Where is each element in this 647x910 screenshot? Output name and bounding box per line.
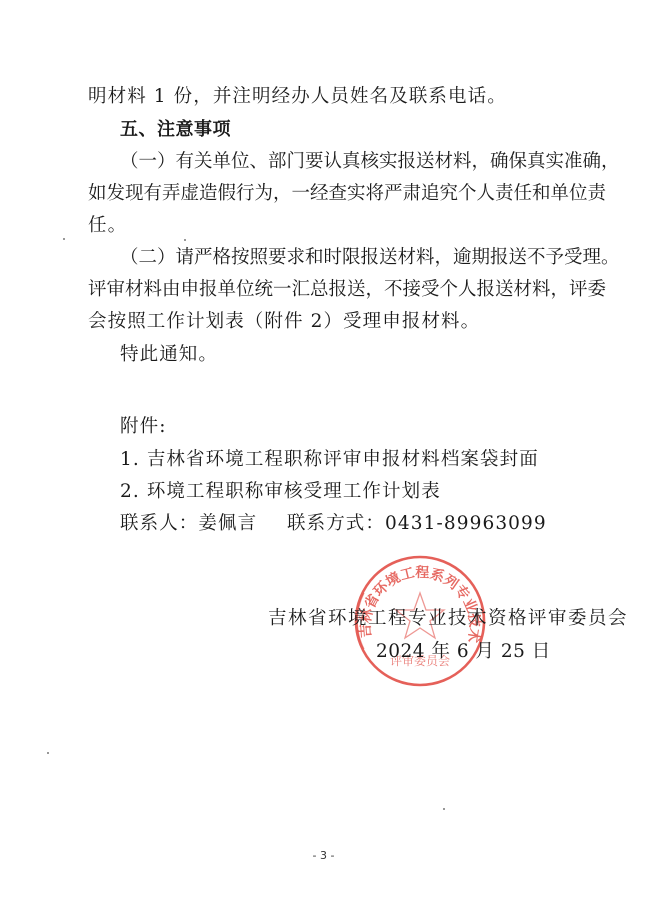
signature-organization: 吉林省环境工程专业技术资格评审委员会 bbox=[268, 607, 628, 631]
paragraph-2-line-1: （二）请严格按照要求和时限报送材料，逾期报送不予受理。 bbox=[120, 246, 582, 270]
scan-speck bbox=[63, 238, 65, 240]
contact-person: 联系人：姜佩言 bbox=[120, 512, 257, 536]
paragraph-1-line-1: （一）有关单位、部门要认真核实报送材料，确保真实准确， bbox=[120, 150, 582, 174]
section-heading: 五、注意事项 bbox=[120, 118, 231, 142]
paragraph-1-line-2: 如发现有弄虚造假行为，一经查实将严肃追究个人责任和单位责 bbox=[88, 182, 582, 206]
continuation-line: 明材料 1 份，并注明经办人员姓名及联系电话。 bbox=[88, 85, 507, 109]
paragraph-2-line-2: 评审材料由申报单位统一汇总报送，不接受个人报送材料，评委 bbox=[88, 278, 582, 302]
scan-speck bbox=[47, 752, 49, 754]
paragraph-1-line-3: 任。 bbox=[88, 214, 127, 238]
closing-text: 特此通知。 bbox=[120, 343, 218, 367]
attachment-item-1: 1. 吉林省环境工程职称评审申报材料档案袋封面 bbox=[120, 448, 539, 472]
contact-phone: 联系方式：0431-89963099 bbox=[287, 512, 547, 536]
attachments-label: 附件: bbox=[120, 415, 167, 439]
page-number: - 3 - bbox=[0, 849, 647, 862]
scan-speck bbox=[443, 808, 445, 810]
attachment-item-2: 2. 环境工程职称审核受理工作计划表 bbox=[120, 480, 441, 504]
scan-speck bbox=[184, 239, 186, 241]
signature-date: 2024 年 6 月 25 日 bbox=[376, 640, 551, 664]
paragraph-2-line-3: 会按照工作计划表（附件 2）受理申报材料。 bbox=[88, 310, 480, 334]
